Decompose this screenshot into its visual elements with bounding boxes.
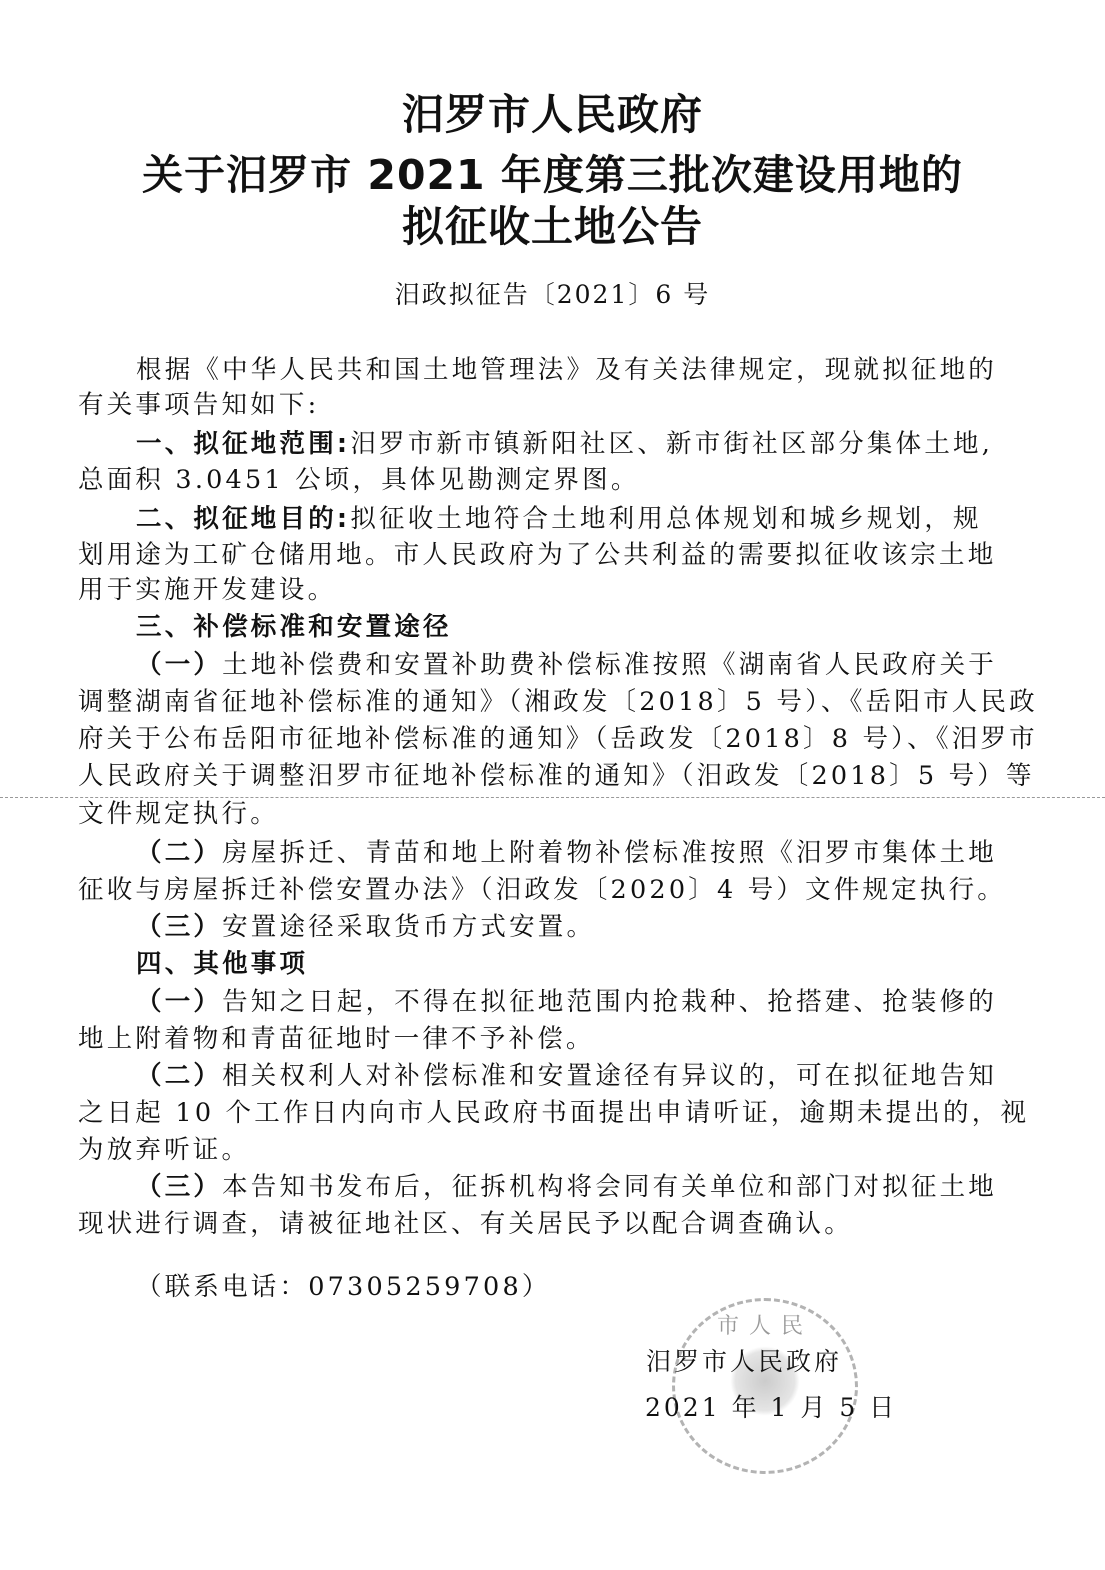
section-1: 一、拟征地范围:汨罗市新市镇新阳社区、新市街社区部分集体土地, [136, 427, 1086, 461]
section-2-text: 拟征收土地符合土地利用总体规划和城乡规划，规 [350, 504, 981, 534]
item-text: 土地补偿费和安置补助费补偿标准按照《湖南省人民政府关于 [222, 650, 997, 680]
title-subject: 关于汨罗市 2021 年度第三批次建设用地的 [0, 148, 1105, 202]
official-seal: 市人民 [672, 1298, 858, 1474]
intro-line: 根据《中华人民共和国土地管理法》及有关法律规定，现就拟征地的 [136, 353, 1086, 387]
section-1-label: 一、拟征地范围: [136, 429, 350, 459]
section-3-item-2-line: 征收与房屋拆迁补偿安置办法》（汨政发〔2020〕4 号）文件规定执行。 [78, 873, 1028, 907]
intro-line: 有关事项告知如下: [78, 388, 1028, 422]
section-4-item-1: （一）告知之日起，不得在拟征地范围内抢栽种、抢搭建、抢装修的 [136, 985, 1086, 1019]
section-2-line: 划用途为工矿仓储用地。市人民政府为了公共利益的需要拟征收该宗土地 [78, 538, 1028, 572]
section-4-heading: 四、其他事项 [136, 947, 1086, 981]
section-3-item-1-line: 人民政府关于调整汨罗市征地补偿标准的通知》（汨政发〔2018〕5 号）等 [78, 759, 1028, 793]
section-3-item-1-line: 文件规定执行。 [78, 797, 1028, 831]
section-4-item-2-line: 为放弃听证。 [78, 1133, 1028, 1167]
section-3-item-1-line: 府关于公布岳阳市征地补偿标准的通知》（岳政发〔2018〕8 号）、《汨罗市 [78, 722, 1028, 756]
document-number: 汨政拟征告〔2021〕6 号 [0, 275, 1105, 311]
section-3-item-2: （二）房屋拆迁、青苗和地上附着物补偿标准按照《汨罗市集体土地 [136, 836, 1086, 870]
issue-date: 2021 年 1 月 5 日 [645, 1388, 897, 1424]
item-text: 本告知书发布后，征拆机构将会同有关单位和部门对拟征土地 [222, 1172, 997, 1202]
item-label: （三） [136, 912, 222, 942]
item-text: 房屋拆迁、青苗和地上附着物补偿标准按照《汨罗市集体土地 [222, 838, 997, 868]
issuer-signature: 汨罗市人民政府 [646, 1342, 842, 1378]
section-1-text: 汨罗市新市镇新阳社区、新市街社区部分集体土地, [350, 429, 993, 459]
section-4-item-2: （二）相关权利人对补偿标准和安置途径有异议的，可在拟征地告知 [136, 1059, 1086, 1093]
section-3-item-3: （三）安置途径采取货币方式安置。 [136, 910, 1086, 944]
item-label: （三） [136, 1172, 222, 1202]
item-text: 相关权利人对补偿标准和安置途径有异议的，可在拟征地告知 [222, 1061, 997, 1091]
section-2-label: 二、拟征地目的: [136, 504, 350, 534]
item-text: 安置途径采取货币方式安置。 [222, 912, 595, 942]
seal-text: 市人民 [675, 1309, 855, 1340]
title-issuer: 汨罗市人民政府 [0, 88, 1105, 142]
section-3-heading: 三、补偿标准和安置途径 [136, 610, 1086, 644]
title-notice: 拟征收土地公告 [0, 200, 1105, 254]
section-2: 二、拟征地目的:拟征收土地符合土地利用总体规划和城乡规划，规 [136, 502, 1086, 536]
item-text: 告知之日起，不得在拟征地范围内抢栽种、抢搭建、抢装修的 [222, 987, 997, 1017]
contact-phone: （联系电话：07305259708） [136, 1270, 1086, 1304]
section-4-item-3: （三）本告知书发布后，征拆机构将会同有关单位和部门对拟征土地 [136, 1170, 1086, 1204]
item-label: （一） [136, 650, 222, 680]
section-3-item-1-line: 调整湖南省征地补偿标准的通知》（湘政发〔2018〕5 号）、《岳阳市人民政 [78, 685, 1028, 719]
section-1-line: 总面积 3.0451 公顷，具体见勘测定界图。 [78, 463, 1028, 497]
section-2-line: 用于实施开发建设。 [78, 573, 1028, 607]
section-4-item-1-line: 地上附着物和青苗征地时一律不予补偿。 [78, 1022, 1028, 1056]
section-4-item-3-line: 现状进行调查，请被征地社区、有关居民予以配合调查确认。 [78, 1207, 1028, 1241]
section-4-item-2-line: 之日起 10 个工作日内向市人民政府书面提出申请听证，逾期未提出的，视 [78, 1096, 1028, 1130]
item-label: （二） [136, 838, 222, 868]
item-label: （一） [136, 987, 222, 1017]
section-3-item-1: （一）土地补偿费和安置补助费补偿标准按照《湖南省人民政府关于 [136, 648, 1086, 682]
item-label: （二） [136, 1061, 222, 1091]
